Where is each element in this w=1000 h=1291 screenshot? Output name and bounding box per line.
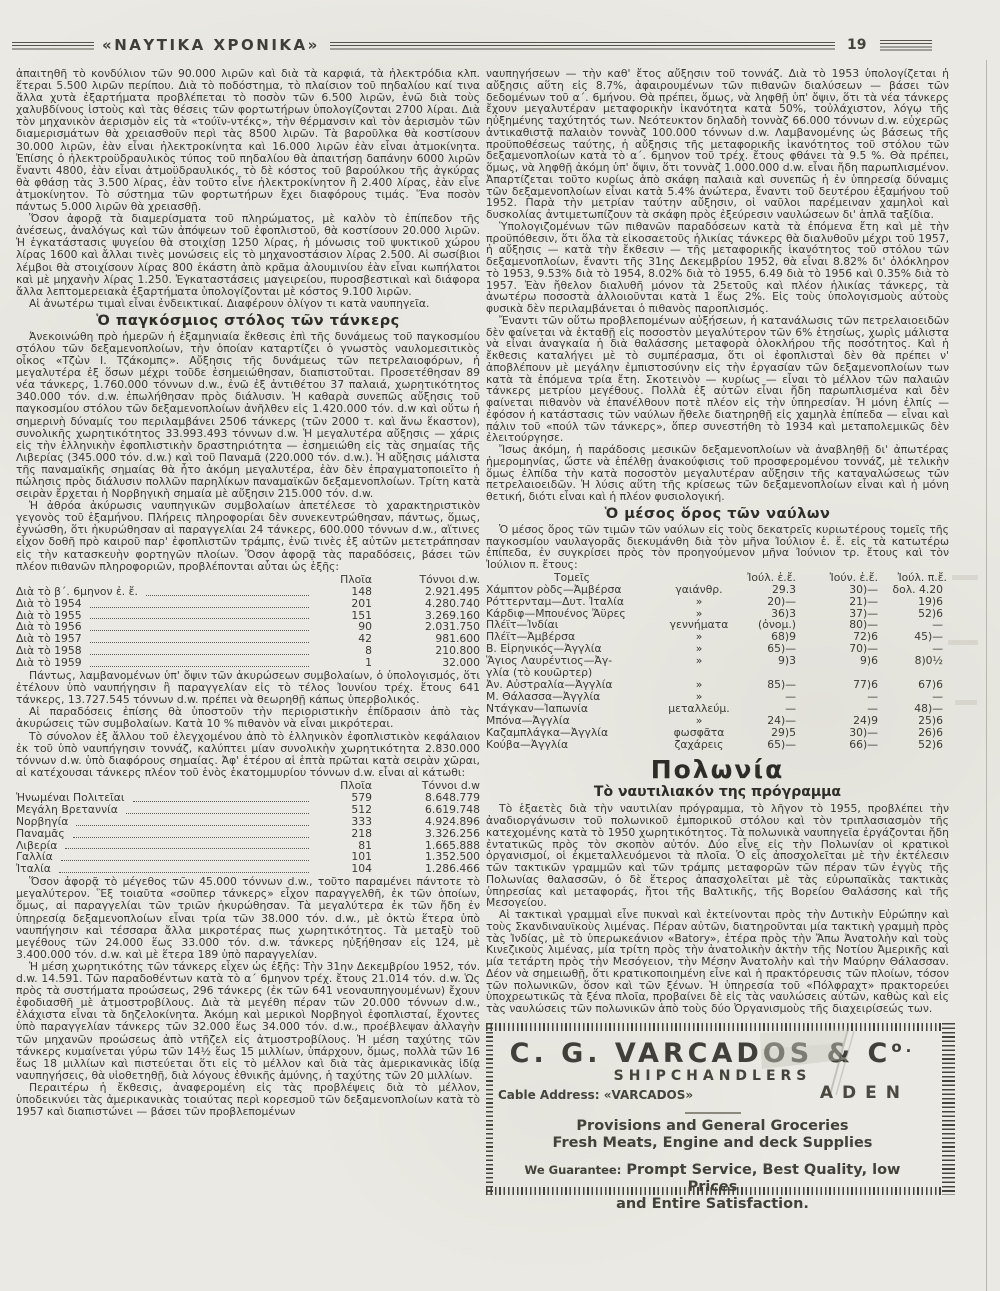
page-bleed-artifact [955, 700, 977, 705]
cell-rate: 77)6 [796, 679, 878, 691]
ad-line-supplies: Fresh Meats, Engine and deck Supplies [498, 1135, 927, 1152]
cell-rate: 52)6 [878, 739, 949, 751]
cell-ships: 333 [314, 816, 372, 828]
ad-guarantee-text2: and Entire Satisfaction. [498, 1196, 927, 1213]
table-row: Μπόνα—Ἀγγλία»24)—24)925)6 [486, 715, 949, 727]
paragraph: Πάντως, λαμβανομένων ὑπ' ὄψιν τῶν ἀκυρώσ… [16, 670, 480, 706]
fleet-by-country-table: Πλοῖα Τόννοι d.w Ἡνωμέναι Πολιτεῖαι5798.… [16, 780, 480, 875]
cell-commodity: ζαχάρεις [658, 739, 740, 751]
cell-rate: 24)— [740, 715, 796, 727]
cell-label: Μεγάλη Βρεταννία [16, 804, 118, 816]
dot-leader [90, 617, 309, 619]
paragraph: Ἡ ἀθρόα ἀκύρωσις ναυπηγικῶν συμβολαίων ἀ… [16, 500, 480, 573]
cell-ships: 104 [314, 863, 372, 875]
table-row: Διὰ τὸ 19551513.269.160 [16, 610, 480, 622]
dot-leader [73, 836, 309, 838]
ad-border-left [486, 1023, 493, 1195]
col-header-jul-previous: Ἰούλ. π.ἔ. [878, 572, 949, 584]
cell-rate: δολ. 4.20 [878, 584, 949, 596]
ad-content: C. G. VARCADOS & Co. SHIPCHANDLERS Cable… [498, 1033, 927, 1185]
col-header-tons: Τόννοι d.w. [372, 574, 480, 586]
ad-cable-row: Cable Address: «VARCADOS» ADEN [498, 1086, 927, 1110]
cell-rate: 24)9 [796, 715, 878, 727]
table-header: Τομεῖς Ἰούλ. ἑ.ἔ. Ἰούν. ἑ.ἔ. Ἰούλ. π.ἔ. [486, 572, 949, 584]
cell-tons: 2.921.495 [372, 586, 480, 598]
paragraph: Ὅσον ἀφορᾷ τὰ διαμερίσματα τοῦ πληρώματο… [16, 213, 480, 298]
section-subheading-maritime-program: Τὸ ναυτιλιακόν της πρόγραμμα [486, 784, 949, 800]
cell-tons: 32.000 [372, 657, 480, 669]
paragraph: Ἴσως ἀκόμη, ἡ παράδοσις μεσικῶν δεξαμενο… [486, 444, 949, 503]
cell-ships: 1 [314, 657, 372, 669]
dot-leader [61, 859, 309, 861]
table-row: Λιβερία811.665.888 [16, 840, 480, 852]
ad-cable-address: Cable Address: «VARCADOS» [498, 1090, 693, 1102]
cell-rate: 48)— [878, 703, 949, 715]
dot-leader [126, 812, 309, 814]
paragraph: Αἱ τακτικαὶ γραμμαὶ εἶνε πυκναὶ καὶ ἐκτε… [486, 909, 949, 1015]
dot-leader [133, 800, 309, 802]
cell-label: Διὰ τὸ β΄. 6μηνον ἐ. ἔ. [16, 586, 138, 598]
cell-rate: — [740, 703, 796, 715]
ad-company-sup: o. [891, 1038, 915, 1056]
col-header-jul-current: Ἰούλ. ἑ.ἔ. [658, 572, 796, 584]
table-row: Μεγάλη Βρεταννία5126.619.748 [16, 804, 480, 816]
col-header-ships: Πλοῖα [314, 574, 372, 586]
tanker-deliveries-table: Πλοῖα Τόννοι d.w. Διὰ τὸ β΄. 6μηνον ἐ. ἔ… [16, 574, 480, 669]
cell-label: Νορβηγία [16, 816, 68, 828]
dot-leader [90, 665, 309, 667]
cell-ships: 148 [314, 586, 372, 598]
table-row: Διὰ τὸ 195742981.600 [16, 633, 480, 645]
cell-commodity: » [658, 715, 740, 727]
left-column: ἀπαιτηθῆ τὸ κονδύλιον τῶν 90.000 λιρῶν κ… [16, 68, 480, 1118]
cell-route: Μπόνα—Ἀγγλία [486, 715, 658, 727]
cell-commodity: μεταλλεύμ. [658, 703, 740, 715]
cell-route: Καζαμπλάγκα—Ἀγγλία [486, 727, 658, 739]
section-heading-poland: Πολωνία [486, 756, 949, 783]
table-row: Καζαμπλάγκα—Ἀγγλίαφωσφᾶτα29)530)—26)6 [486, 727, 949, 739]
cell-label: Διὰ τὸ 1959 [16, 657, 82, 669]
paragraph: Τὸ ἑξαετὲς διὰ τὴν ναυτιλίαν πρόγραμμα, … [486, 803, 949, 909]
section-heading-world-tanker-fleet: Ὁ παγκόσμιος στόλος τῶν τάνκερς [16, 313, 480, 329]
paragraph: ἀπαιτηθῆ τὸ κονδύλιον τῶν 90.000 λιρῶν κ… [16, 68, 480, 213]
cell-route: Ρόττερνταμ—Δυτ. Ἰταλία [486, 596, 658, 608]
double-rule-right [880, 40, 932, 51]
section-heading-average-freights: Ὁ μέσος ὅρος τῶν ναύλων [486, 506, 949, 522]
paragraph: Ὑπολογιζομένων τῶν πιθανῶν παραδόσεων κα… [486, 221, 949, 315]
table-row: Ρόττερνταμ—Δυτ. Ἰταλία»20)—21)—19)6 [486, 596, 949, 608]
paragraph: ναυπηγήσεων — τὴν καθ' ἔτος αὔξησιν τοῦ … [486, 68, 949, 221]
cell-tons: 1.286.466 [372, 863, 480, 875]
cell-tons: 4.924.896 [372, 816, 480, 828]
cell-rate: 19)6 [878, 596, 949, 608]
ad-guarantee-text: Prompt Service, Best Quality, low Prices [626, 1162, 900, 1195]
cell-commodity: » [658, 655, 740, 679]
table-row: Ντάγκαν—Ἰαπωνίαμεταλλεύμ.——48)— [486, 703, 949, 715]
page-number: 19 [847, 37, 866, 53]
cell-commodity: » [658, 596, 740, 608]
cell-label: Διὰ τὸ 1954 [16, 598, 82, 610]
dot-leader [59, 871, 309, 873]
dot-leader [65, 847, 309, 849]
table-header: Πλοῖα Τόννοι d.w. [16, 574, 480, 586]
right-column: ναυπηγήσεων — τὴν καθ' ἔτος αὔξησιν τοῦ … [486, 68, 949, 1195]
paragraph: Ἡ μέση χωρητικότης τῶν τάνκερς εἶχεν ὡς … [16, 961, 480, 1082]
cell-ships: 42 [314, 633, 372, 645]
cell-rate: 9)3 [740, 655, 796, 679]
freight-rates-table: Τομεῖς Ἰούλ. ἑ.ἔ. Ἰούν. ἑ.ἔ. Ἰούλ. π.ἔ. … [486, 572, 949, 751]
ad-guarantee: We Guarantee: Prompt Service, Best Quali… [498, 1162, 927, 1196]
col-header-sectors: Τομεῖς [486, 572, 658, 584]
cell-rate: 25)6 [878, 715, 949, 727]
cell-route: Ἅγιος Λαυρέντιος—Ἀγ- γλία (τὸ κουῶρτερ) [486, 655, 658, 679]
dot-leader [90, 629, 309, 631]
cell-tons: 3.326.256 [372, 828, 480, 840]
paragraph: Ὁ μέσος ὅρος τῶν τιμῶν τῶν ναύλων εἰς το… [486, 524, 949, 571]
cell-rate: 29.3 [740, 584, 796, 596]
cell-ships: 8 [314, 645, 372, 657]
paragraph: Αἱ ἀνωτέρω τιμαὶ εἶναι ἐνδεικτικαί. Διαφ… [16, 298, 480, 310]
cell-rate: 66)— [796, 739, 878, 751]
newspaper-page: «ΝΑΥΤΙΚΑ ΧΡΟΝΙΚΑ» 19 ἀπαιτηθῆ τὸ κονδύλι… [0, 0, 1000, 1291]
cell-commodity: φωσφᾶτα [658, 727, 740, 739]
cell-rate: 29)5 [740, 727, 796, 739]
table-row: Νορβηγία3334.924.896 [16, 816, 480, 828]
table-row: Διὰ τὸ 19542014.280.740 [16, 598, 480, 610]
double-rule-left [12, 42, 94, 50]
ad-guarantee-label: We Guarantee: [525, 1163, 622, 1177]
paragraph: Περαιτέρω ἡ ἔκθεσις, ἀναφερομένη εἰς τὰς… [16, 1082, 480, 1118]
paragraph: Ἔναντι τῶν οὕτω προβλεπομένων αὐξήσεων, … [486, 315, 949, 444]
cell-route: Χάμπτον ρὸδς—Ἀμβέρσα [486, 584, 658, 596]
cell-route: Κούβα—Ἀγγλία [486, 739, 658, 751]
cell-rate: — [796, 703, 878, 715]
ad-city: ADEN [820, 1088, 909, 1100]
cell-ships: 512 [314, 804, 372, 816]
dot-leader [90, 641, 309, 643]
cell-tons: 6.619.748 [372, 804, 480, 816]
paragraph: Αἱ παραδόσεις ἐπίσης θὰ ὑποστοῦν τὴν περ… [16, 706, 480, 730]
cell-commodity: γαιάνθρ. [658, 584, 740, 596]
cell-rate: 30)— [796, 584, 878, 596]
cell-rate: 21)— [796, 596, 878, 608]
cell-rate: — [796, 691, 878, 703]
dot-leader [90, 653, 309, 655]
table-row: Γαλλία1011.352.500 [16, 851, 480, 863]
cell-label: Παναμᾶς [16, 828, 65, 840]
table-row: Παναμᾶς2183.326.256 [16, 828, 480, 840]
table-row: Ἰταλία1041.286.466 [16, 863, 480, 875]
double-rule-center [330, 42, 835, 50]
varcados-advertisement: C. G. VARCADOS & Co. SHIPCHANDLERS Cable… [486, 1023, 949, 1195]
cell-ships: 218 [314, 828, 372, 840]
cell-rate: 8)0½ [878, 655, 949, 679]
cell-rate: 65)— [740, 739, 796, 751]
ad-divider [685, 1112, 741, 1114]
cell-label: Ἰταλία [16, 863, 51, 875]
dot-leader [90, 606, 309, 608]
masthead-title: «ΝΑΥΤΙΚΑ ΧΡΟΝΙΚΑ» [102, 36, 320, 54]
ad-border-top [486, 1023, 941, 1031]
dot-leader [146, 594, 309, 596]
table-row: Ἅγιος Λαυρέντιος—Ἀγ- γλία (τὸ κουῶρτερ)»… [486, 655, 949, 679]
table-row: Κούβα—Ἀγγλίαζαχάρεις65)—66)—52)6 [486, 739, 949, 751]
col-header-jun-current: Ἰούν. ἑ.ἔ. [796, 572, 878, 584]
cell-ships: 201 [314, 598, 372, 610]
table-row: Διὰ τὸ β΄. 6μηνον ἐ. ἔ.1482.921.495 [16, 586, 480, 598]
page-bleed-artifact [948, 640, 978, 645]
table-row: Διὰ τὸ 19588210.800 [16, 645, 480, 657]
cell-rate: 26)6 [878, 727, 949, 739]
ad-line-groceries: Provisions and General Groceries [498, 1118, 927, 1135]
cell-rate: 20)— [740, 596, 796, 608]
cell-rate: 30)— [796, 727, 878, 739]
cell-rate: 9)6 [796, 655, 878, 679]
paragraph: Ἀνεκοινώθη πρὸ ἡμερῶν ἡ ἑξαμηνιαία ἔκθεσ… [16, 331, 480, 500]
paragraph: Ὅσον ἀφορᾷ τὸ μέγεθος τῶν 45.000 τόννων … [16, 876, 480, 961]
table-row: Διὰ τὸ 1959132.000 [16, 657, 480, 669]
table-row: Διὰ τὸ 1956902.031.750 [16, 621, 480, 633]
dot-leader [76, 824, 309, 826]
page-bleed-artifact [952, 575, 978, 580]
ad-border-right [942, 1023, 955, 1195]
cell-route: Ντάγκαν—Ἰαπωνία [486, 703, 658, 715]
page-edge-line [986, 60, 987, 1291]
table-row: Χάμπτον ρὸδς—Ἀμβέρσαγαιάνθρ.29.330)—δολ.… [486, 584, 949, 596]
cell-tons: 4.280.740 [372, 598, 480, 610]
paragraph: Τὸ σύνολον ἐξ ἄλλου τοῦ ἐλεγχομένου ἀπὸ … [16, 731, 480, 779]
